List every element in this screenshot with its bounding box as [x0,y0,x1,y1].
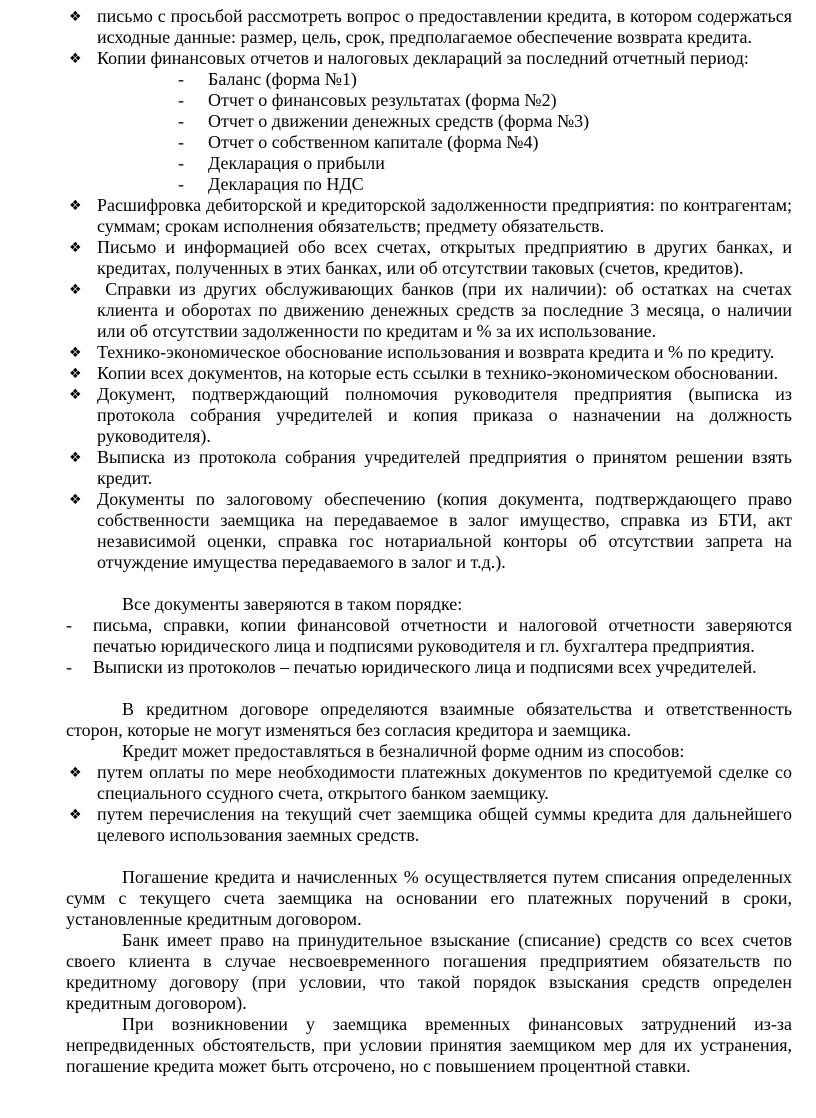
text-run: Банк имеет право на принудительное взыск… [66,930,792,1013]
dash-marker: - [178,132,184,153]
text-run: Декларация о прибыли [208,153,385,173]
bullet-item: ❖Письмо и информацией обо всех счетах, о… [66,237,792,279]
text-run: Погашение кредита и начисленных % осущес… [66,867,792,929]
text-run: Баланс (форма №1) [208,69,357,89]
text-run: письмо с просьбой рассмотреть вопрос о п… [97,6,792,47]
bullet-item: ❖Копии финансовых отчетов и налоговых де… [66,48,792,69]
dash-marker: - [178,153,184,174]
blank-line [66,846,792,867]
text-run: письма, справки, копии финансовой отчетн… [93,615,792,656]
bullet-diamond-icon: ❖ [69,364,82,385]
paragraph: Банк имеет право на принудительное взыск… [66,930,792,1014]
paragraph: Кредит может предоставляться в безналичн… [66,741,792,762]
sub-dash-item: -Декларация по НДС [66,174,792,195]
text-run: путем перечисления на текущий счет заемщ… [97,804,792,845]
text-run: Кредит может предоставляться в безналичн… [122,741,684,761]
sub-dash-item: -Отчет о финансовых результатах (форма №… [66,90,792,111]
text-run: Выписка из протокола собрания учредителе… [97,447,792,488]
blank-line [66,678,792,699]
bullet-item: ❖ Справки из других обслуживающих банков… [66,279,792,342]
bullet-item: ❖письмо с просьбой рассмотреть вопрос о … [66,6,792,48]
dash-marker: - [66,657,72,678]
text-run: При возникновении у заемщика временных ф… [66,1014,792,1076]
bullet-item: ❖путем оплаты по мере необходимости плат… [66,762,792,804]
sub-dash-item: -Баланс (форма №1) [66,69,792,90]
bullet-item: ❖Выписка из протокола собрания учредител… [66,447,792,489]
text-run: Выписки из протоколов – печатью юридичес… [93,657,757,677]
bullet-diamond-icon: ❖ [69,385,82,406]
text-run: Документ, подтверждающий полномочия руко… [97,384,792,446]
text-run: путем оплаты по мере необходимости плате… [97,762,792,803]
bullet-item: ❖Технико-экономическое обоснование испол… [66,342,792,363]
bullet-diamond-icon: ❖ [69,196,82,217]
text-run: Технико-экономическое обоснование исполь… [97,342,774,362]
text-run: Все документы заверяются в таком порядке… [122,594,462,614]
bullet-diamond-icon: ❖ [69,805,82,826]
paragraph: В кредитном договоре определяются взаимн… [66,699,792,741]
bullet-item: ❖Расшифровка дебиторской и кредиторской … [66,195,792,237]
dash-marker: - [178,69,184,90]
dash-item: -письма, справки, копии финансовой отчет… [66,615,792,657]
bullet-item: ❖Документы по залоговому обеспечению (ко… [66,489,792,573]
text-run: Копии финансовых отчетов и налоговых дек… [97,48,749,68]
bullet-diamond-icon: ❖ [69,490,82,511]
paragraph: Все документы заверяются в таком порядке… [66,594,792,615]
blank-line [66,573,792,594]
dash-marker: - [66,615,72,636]
text-run: Документы по залоговому обеспечению (коп… [97,489,792,572]
text-run: Копии всех документов, на которые есть с… [97,363,778,383]
dash-item: -Выписки из протоколов – печатью юридиче… [66,657,792,678]
bullet-item: ❖Документ, подтверждающий полномочия рук… [66,384,792,447]
dash-marker: - [178,111,184,132]
sub-dash-item: -Отчет о движении денежных средств (форм… [66,111,792,132]
bullet-diamond-icon: ❖ [69,7,82,28]
bullet-item: ❖Копии всех документов, на которые есть … [66,363,792,384]
dash-marker: - [178,174,184,195]
bullet-diamond-icon: ❖ [69,49,82,70]
bullet-diamond-icon: ❖ [69,448,82,469]
text-run: Расшифровка дебиторской и кредиторской з… [97,195,792,236]
dash-marker: - [178,90,184,111]
bullet-diamond-icon: ❖ [69,763,82,784]
document-page: ❖письмо с просьбой рассмотреть вопрос о … [0,0,816,1118]
paragraph: При возникновении у заемщика временных ф… [66,1014,792,1077]
sub-dash-item: -Отчет о собственном капитале (форма №4) [66,132,792,153]
text-run: Письмо и информацией обо всех счетах, от… [97,237,792,278]
text-run: Отчет о собственном капитале (форма №4) [208,132,538,152]
text-run: Отчет о движении денежных средств (форма… [208,111,589,131]
text-run: Декларация по НДС [208,174,364,194]
text-run: В кредитном договоре определяются взаимн… [66,699,792,740]
bullet-diamond-icon: ❖ [69,343,82,364]
bullet-diamond-icon: ❖ [69,238,82,259]
text-run: Справки из других обслуживающих банков (… [97,279,792,341]
sub-dash-item: -Декларация о прибыли [66,153,792,174]
bullet-item: ❖путем перечисления на текущий счет заем… [66,804,792,846]
paragraph: Погашение кредита и начисленных % осущес… [66,867,792,930]
text-run: Отчет о финансовых результатах (форма №2… [208,90,557,110]
bullet-diamond-icon: ❖ [69,280,82,301]
